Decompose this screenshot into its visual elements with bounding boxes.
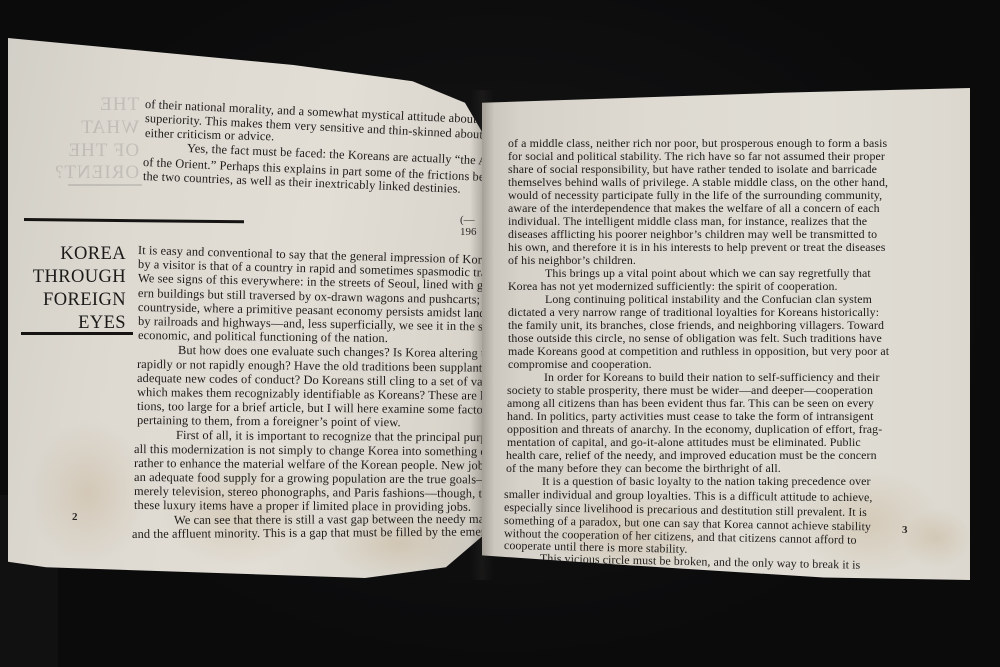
page-number-right: 3	[902, 524, 908, 536]
right-page: of a middle class, neither rich nor poor…	[482, 88, 970, 580]
page-number-left: 2	[72, 511, 78, 523]
bleedthrough-title: THE WHAT OF THE ORIENT?	[54, 94, 139, 185]
text-line: This vicious circle must be broken, and …	[540, 553, 861, 572]
text-line: these luxury items have a proper if limi…	[134, 499, 471, 513]
foxing-stain	[902, 508, 972, 568]
foxing-stain	[28, 418, 148, 568]
title-line: THROUGH	[33, 266, 126, 289]
text-line: and the affluent minority. This is a gap…	[132, 525, 514, 540]
title-line: FOREIGN	[33, 289, 126, 312]
left-page: THE WHAT OF THE ORIENT? of their nationa…	[8, 38, 484, 578]
title-line: KOREA	[33, 243, 126, 266]
photo-scene: THE WHAT OF THE ORIENT? of their nationa…	[0, 0, 1000, 667]
text-line: pertaining to them, from a foreigner’s p…	[137, 414, 401, 429]
spine-shadow	[470, 90, 494, 580]
bleedthrough-rule	[68, 184, 142, 186]
text-line: It is a question of basic loyalty to the…	[542, 476, 871, 488]
text-line: First of all, it is important to recogni…	[176, 429, 517, 444]
section-rule-top	[24, 218, 244, 223]
title-line: EYES	[33, 312, 126, 335]
text-line: economic, and political functioning of t…	[138, 329, 388, 344]
article-title: KOREA THROUGH FOREIGN EYES	[33, 243, 126, 335]
text-line: either criticism or advice.	[145, 127, 275, 143]
